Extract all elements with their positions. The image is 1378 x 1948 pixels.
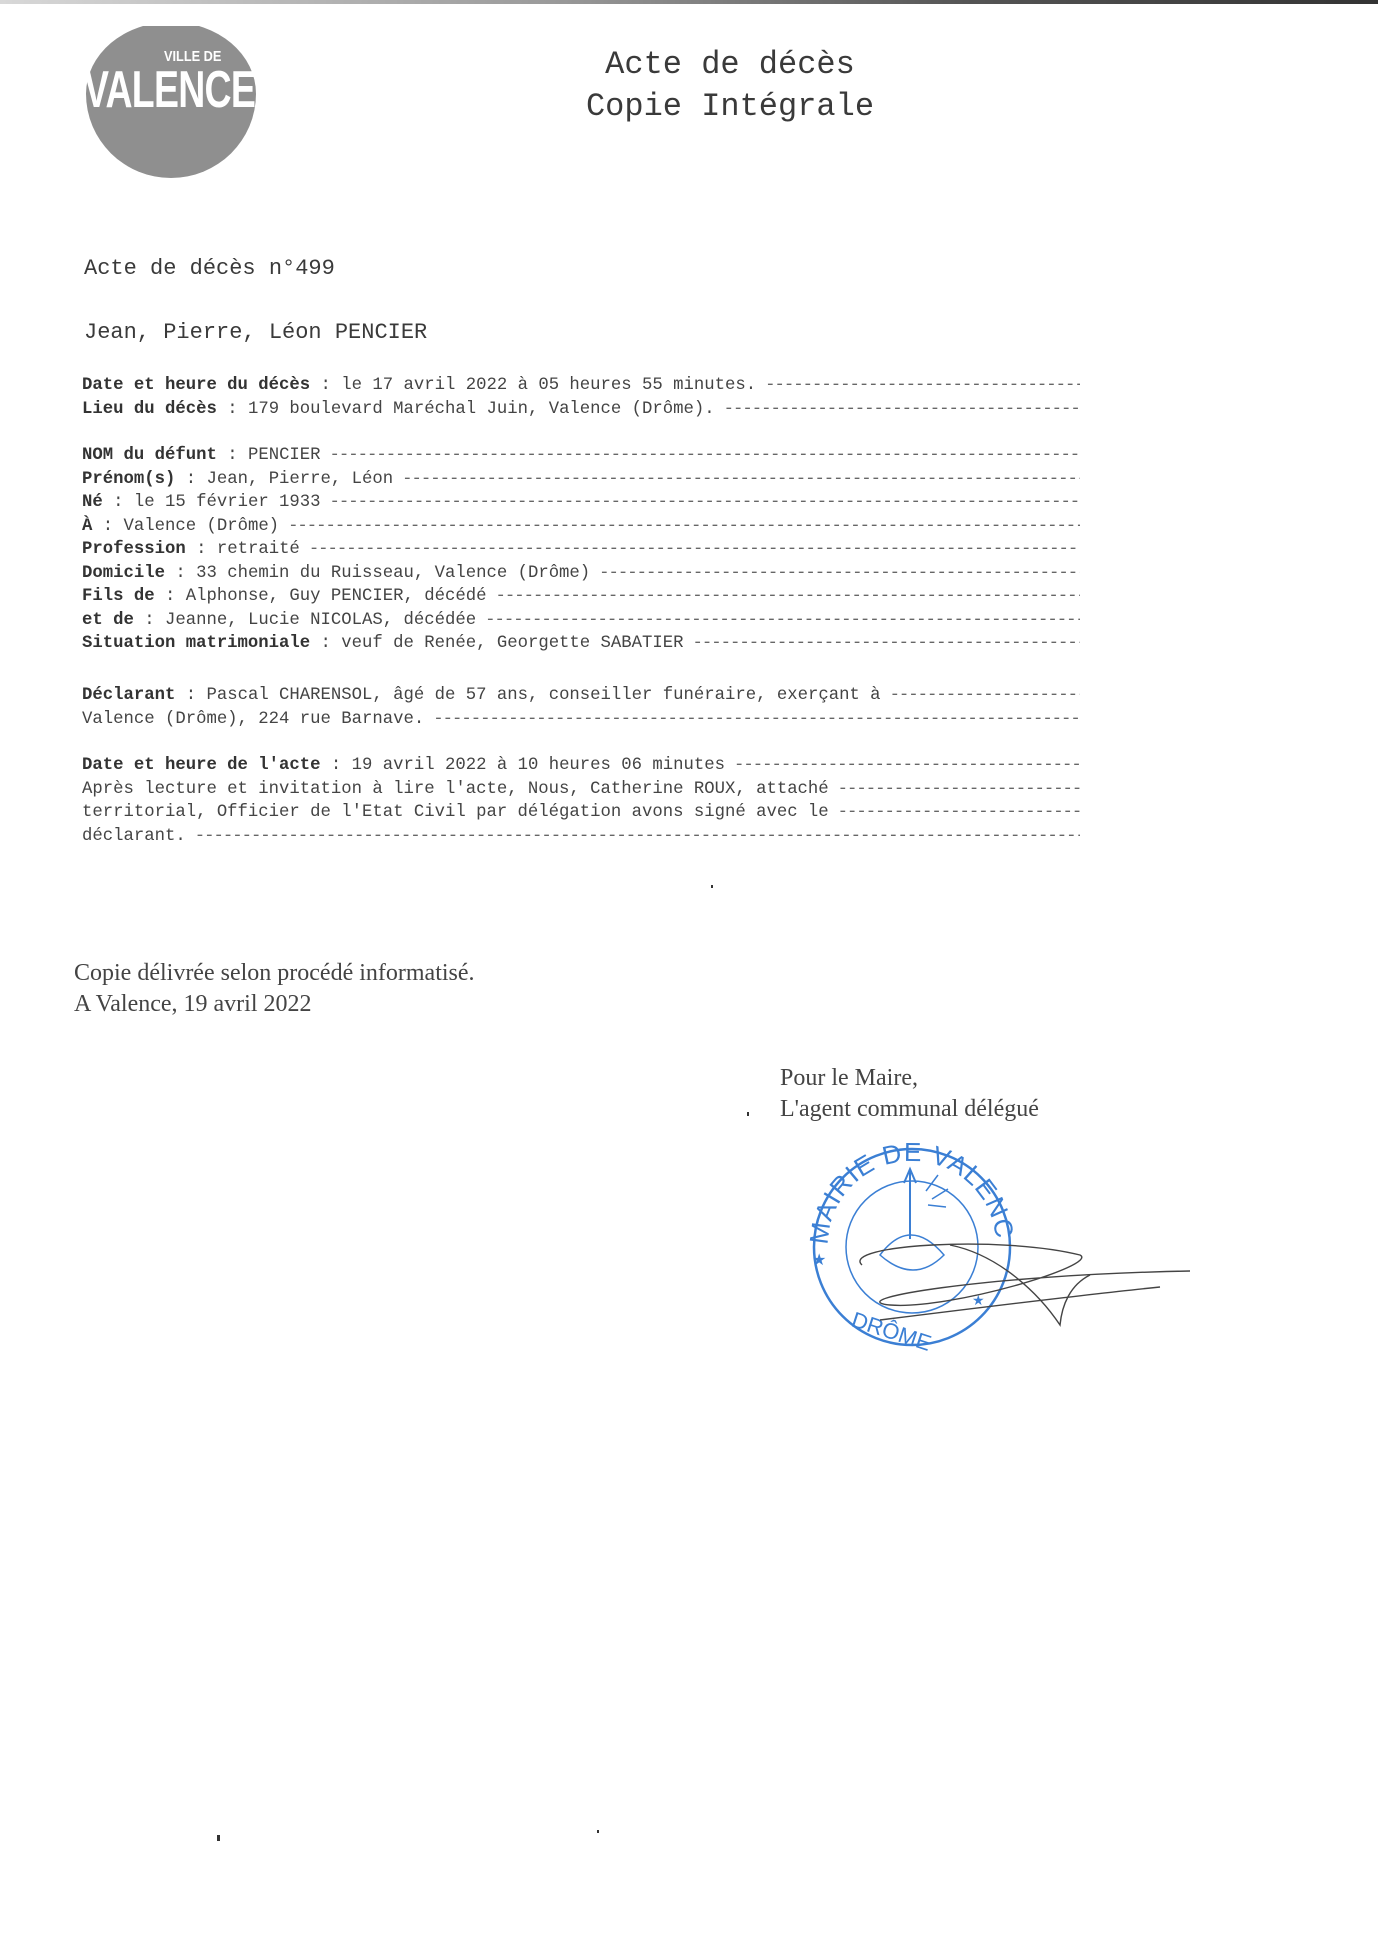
ville-de-valence-logo: VILLE DE VALENCE (86, 22, 256, 178)
identity-row: Fils de : Alphonse, Guy PENCIER, décédé (82, 585, 1080, 609)
death-date-value: le 17 avril 2022 à 05 heures 55 minutes. (341, 374, 756, 398)
identity-label: Né (82, 491, 103, 515)
identity-value: Jeanne, Lucie NICOLAS, décédée (165, 609, 476, 633)
act-date-value: 19 avril 2022 à 10 heures 06 minutes (352, 754, 725, 778)
death-place-row: Lieu du décès : 179 boulevard Maréchal J… (82, 398, 1080, 422)
act-body-row: territorial, Officier de l'Etat Civil pa… (82, 801, 1080, 825)
signatory-line-2: L'agent communal délégué (780, 1094, 1039, 1125)
death-place-value: 179 boulevard Maréchal Juin, Valence (Dr… (248, 398, 715, 422)
title-line-2: Copie Intégrale (520, 86, 940, 128)
identity-label: Prénom(s) (82, 468, 175, 492)
identity-row: Né : le 15 février 1933 (82, 491, 1080, 515)
act-body-line-2: territorial, Officier de l'Etat Civil pa… (82, 801, 829, 825)
place-date: A Valence, 19 avril 2022 (74, 989, 475, 1020)
declarant-row: Déclarant : Pascal CHARENSOL, âgé de 57 … (82, 684, 1080, 708)
identity-label: et de (82, 609, 134, 633)
scan-speck (597, 1830, 599, 1833)
identity-value: PENCIER (248, 444, 321, 468)
copy-note-block: Copie délivrée selon procédé informatisé… (74, 958, 475, 1020)
identity-label: À (82, 515, 92, 539)
identity-label: Profession (82, 538, 186, 562)
declarant-line-2: Valence (Drôme), 224 rue Barnave. (82, 708, 424, 732)
signatory-line-1: Pour le Maire, (780, 1063, 1039, 1094)
death-section: Date et heure du décès : le 17 avril 202… (82, 374, 1080, 421)
deceased-full-name: Jean, Pierre, Léon PENCIER (84, 320, 427, 345)
act-body-line-1: Après lecture et invitation à lire l'act… (82, 778, 829, 802)
identity-row: À : Valence (Drôme) (82, 515, 1080, 539)
identity-row: Prénom(s) : Jean, Pierre, Léon (82, 468, 1080, 492)
declarant-section: Déclarant : Pascal CHARENSOL, âgé de 57 … (82, 684, 1080, 731)
declarant-label: Déclarant (82, 684, 175, 708)
act-date-label: Date et heure de l'acte (82, 754, 321, 778)
act-body-row: Après lecture et invitation à lire l'act… (82, 778, 1080, 802)
death-date-label: Date et heure du décès (82, 374, 310, 398)
declarant-row-2: Valence (Drôme), 224 rue Barnave. (82, 708, 1080, 732)
act-date-row: Date et heure de l'acte : 19 avril 2022 … (82, 754, 1080, 778)
identity-row: Profession : retraité (82, 538, 1080, 562)
identity-section: NOM du défunt : PENCIER Prénom(s) : Jean… (82, 444, 1080, 656)
identity-label: Domicile (82, 562, 165, 586)
act-section: Date et heure de l'acte : 19 avril 2022 … (82, 754, 1080, 848)
declarant-line-1: Pascal CHARENSOL, âgé de 57 ans, conseil… (206, 684, 880, 708)
identity-label: Fils de (82, 585, 155, 609)
scan-speck (711, 885, 713, 888)
act-body-row: déclarant. (82, 825, 1080, 849)
identity-row: et de : Jeanne, Lucie NICOLAS, décédée (82, 609, 1080, 633)
act-number: Acte de décès n°499 (84, 256, 335, 281)
identity-value: le 15 février 1933 (134, 491, 321, 515)
identity-value: retraité (217, 538, 300, 562)
signatory-block: Pour le Maire, L'agent communal délégué (780, 1063, 1039, 1125)
identity-label: NOM du défunt (82, 444, 217, 468)
scan-speck (747, 1112, 749, 1116)
identity-value: veuf de Renée, Georgette SABATIER (341, 632, 683, 656)
identity-row: NOM du défunt : PENCIER (82, 444, 1080, 468)
identity-row: Domicile : 33 chemin du Ruisseau, Valenc… (82, 562, 1080, 586)
title-line-1: Acte de décès (520, 44, 940, 86)
stamp-bottom-text: DRÔME (849, 1307, 935, 1355)
identity-value: Valence (Drôme) (124, 515, 280, 539)
identity-row: Situation matrimoniale : veuf de Renée, … (82, 632, 1080, 656)
logo-big-text: VALENCE (84, 60, 255, 120)
death-place-label: Lieu du décès (82, 398, 217, 422)
scan-top-edge (0, 0, 1378, 4)
mairie-stamp-and-signature: MAIRIE DE VALENCE DRÔME ★ ★ (800, 1135, 1240, 1355)
identity-value: 33 chemin du Ruisseau, Valence (Drôme) (196, 562, 590, 586)
scan-speck (217, 1835, 220, 1841)
identity-value: Jean, Pierre, Léon (206, 468, 393, 492)
death-date-row: Date et heure du décès : le 17 avril 202… (82, 374, 1080, 398)
svg-text:★: ★ (812, 1252, 826, 1269)
identity-label: Situation matrimoniale (82, 632, 310, 656)
identity-value: Alphonse, Guy PENCIER, décédé (186, 585, 487, 609)
act-body-line-3: déclarant. (82, 825, 186, 849)
copy-note: Copie délivrée selon procédé informatisé… (74, 958, 475, 989)
document-title: Acte de décès Copie Intégrale (520, 44, 940, 128)
